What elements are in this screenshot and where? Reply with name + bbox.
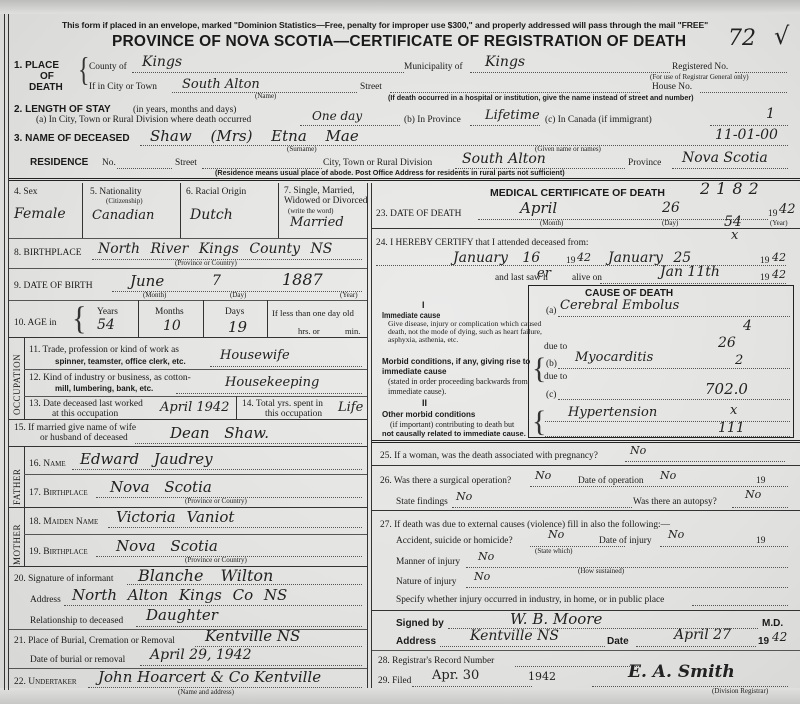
mail-notice: This form if placed in an envelope, mark… [62, 20, 708, 30]
nationality-label: 5. Nationality [90, 187, 142, 197]
lastworked-label-2: at this occupation [52, 409, 118, 419]
stay-note: (in years, months and days) [133, 105, 236, 115]
morbid-label: Morbid conditions, if any, giving rise t… [382, 357, 542, 377]
dod-month: April [520, 199, 557, 217]
stay-canada-line [710, 125, 788, 126]
stay-city-label: (a) In City, Town or Rural Division wher… [36, 115, 251, 125]
stay-city-value: One day [312, 109, 362, 123]
brace-icon: { [532, 405, 546, 439]
specify-label: Specify whether injury occurred in indus… [396, 595, 664, 605]
row-line [24, 534, 367, 535]
q25-answer: No [630, 444, 646, 457]
dod-month-note: (Month) [540, 219, 563, 227]
record-number-label: 28. Registrar's Record Number [378, 656, 494, 666]
row-line [9, 238, 367, 239]
left-border-inner [8, 14, 9, 690]
mother-name-label: 18. Maiden Name [29, 517, 98, 527]
days-label: Days [225, 307, 244, 317]
sex-value: Female [14, 206, 66, 222]
doctor-addr: Kentville NS [470, 628, 559, 644]
mother-side-label: MOTHER [12, 524, 22, 565]
other-cause-line-2 [545, 436, 790, 437]
filed-label: 29. Filed [378, 676, 411, 686]
cause-code-4: 702.0 [705, 380, 748, 398]
stay-province-value: Lifetime [485, 108, 540, 123]
father-name-line [72, 469, 362, 470]
manner-line [466, 567, 788, 568]
box-divider [236, 396, 237, 419]
occupation-side-label: OCCUPATION [12, 354, 22, 415]
months-value: 10 [163, 318, 181, 334]
row-line [9, 446, 367, 447]
stay-city-line [300, 125, 400, 126]
relationship-label: Relationship to deceased [30, 616, 123, 626]
row-line [372, 510, 800, 511]
city-label: If in City or Town [89, 82, 157, 92]
stay-canada-value: 1 [766, 106, 775, 122]
deceased-line [140, 145, 788, 146]
cause-b: Myocarditis [575, 350, 653, 365]
cause-code-1: 4 [743, 318, 752, 334]
alive-year: 42 [772, 268, 786, 281]
days-value: 19 [228, 318, 247, 336]
hospital-note: (If death occurred in a hospital or inst… [388, 93, 694, 102]
informant-addr: North Alton Kings Co NS [72, 586, 287, 604]
residence-province-line [672, 168, 788, 169]
parents-side-border [24, 446, 25, 566]
city-value: South Alton [182, 77, 260, 92]
marital-value: Married [290, 215, 344, 230]
cause-a-label: (a) [546, 306, 556, 316]
op-date: No [660, 469, 676, 482]
signed-value: W. B. Moore [510, 610, 602, 628]
nature-value: No [474, 570, 490, 583]
burialdate-value: April 29, 1942 [150, 647, 252, 663]
how-note: (How sustained) [578, 567, 624, 575]
spouse-label-2: or husband of deceased [40, 433, 128, 443]
father-bp: Nova Scotia [110, 478, 212, 496]
mother-name-line [108, 527, 362, 528]
filed-year: 1942 [528, 670, 556, 683]
informant-sig-line [127, 584, 362, 585]
county-line [132, 72, 404, 73]
attended-from: January 16 [453, 250, 540, 266]
registrar-note: (Division Registrar) [712, 687, 768, 695]
doctor-date: April 27 [674, 627, 731, 643]
nature-label: Nature of injury [396, 577, 456, 587]
residence-city-value: South Alton [462, 151, 546, 167]
row-line [9, 300, 367, 301]
year-note: (Year) [340, 291, 358, 299]
stay-province-label: (b) In Province [404, 115, 461, 125]
manner-label: Manner of injury [396, 557, 460, 567]
injury-date-line [660, 546, 788, 547]
doctor-date-line [636, 646, 756, 647]
medical-code: 2182 [700, 179, 765, 198]
state-which-note: (State which) [535, 547, 573, 555]
residence-province-value: Nova Scotia [682, 150, 768, 166]
hrs-label: hrs. or [298, 326, 320, 336]
doctor-addr-label: Address [396, 636, 436, 647]
other-cause: Hypertension [568, 405, 657, 420]
marital-label: 7. Single, Married, [284, 186, 355, 196]
injury-date-label: Date of injury [599, 536, 652, 546]
informant-sig-label: 20. Signature of informant [14, 574, 113, 584]
other-num: II [422, 398, 427, 408]
cause-a: Cerebral Embolus [560, 298, 679, 313]
totalyrs-label-2: this occupation [265, 409, 322, 419]
signed-label: Signed by [396, 618, 444, 629]
dob-year: 1887 [282, 270, 323, 289]
alive-label: alive on [572, 273, 602, 283]
brace-icon: { [72, 300, 86, 337]
q26-label: 26. Was there a surgical operation? [380, 476, 511, 486]
morbid-desc: (stated in order proceeding backwards fr… [388, 377, 528, 397]
dod-year: 42 [779, 202, 796, 217]
row-line [372, 465, 800, 466]
row-line [372, 650, 800, 651]
row-line [9, 629, 367, 630]
filed-value: Apr. 30 [432, 668, 479, 683]
birthplace-note: (Province or Country) [175, 259, 237, 267]
deceased-name: Shaw (Mrs) Etna Mae [150, 127, 359, 145]
dob-label: 9. DATE OF BIRTH [14, 281, 93, 291]
undertaker-value: John Hoarcert & Co Kentville [98, 668, 321, 686]
spouse-value: Dean Shaw. [170, 424, 269, 442]
box-divider [267, 300, 268, 337]
dod-year-prefix: 19 [768, 209, 777, 219]
father-name: Edward Jaudrey [80, 450, 213, 468]
burialdate-label: Date of burial or removal [30, 655, 125, 665]
record-number-line [515, 666, 640, 667]
municipality-line [470, 72, 670, 73]
medical-title: MEDICAL CERTIFICATE OF DEATH [490, 187, 665, 199]
informant-addr-label: Address [30, 595, 61, 605]
residence-no-label: No. [102, 158, 116, 168]
due-to-2: due to [544, 372, 567, 382]
q26-line [530, 486, 788, 487]
stay-label: 2. LENGTH OF STAY [14, 104, 111, 115]
op-year-prefix: 19 [756, 476, 765, 486]
other-cause-line [545, 421, 790, 422]
box-divider [82, 183, 83, 238]
check-mark-icon: √ [774, 22, 789, 50]
racial-label: 6. Racial Origin [186, 187, 246, 197]
immediate-num: I [422, 300, 425, 310]
other-desc-b: not causally related to immediate cause. [382, 429, 526, 438]
mother-bp: Nova Scotia [116, 537, 218, 555]
box-divider [203, 300, 204, 337]
accident-label: Accident, suicide or homicide? [396, 536, 513, 546]
section-divider [372, 440, 800, 443]
attended-line [376, 265, 786, 266]
injury-date: No [668, 528, 684, 541]
totalyrs-value: Life [338, 400, 363, 415]
dod-label: 23. DATE OF DEATH [376, 209, 461, 219]
other-label: Other morbid conditions [382, 410, 475, 419]
doctor-year: 42 [772, 630, 787, 644]
dod-day: 26 [662, 200, 680, 216]
box-divider [278, 183, 279, 238]
years-value: 54 [97, 317, 115, 333]
md-label: M.D. [762, 618, 783, 629]
trade-label-2: spinner, teamster, office clerk, etc. [55, 357, 186, 366]
certify-label: 24. I HEREBY CERTIFY that I attended dec… [376, 238, 589, 248]
scan-edge-top [0, 0, 800, 14]
racial-value: Dutch [190, 207, 233, 223]
q25-line [625, 461, 785, 462]
burial-label: 21. Place of Burial, Cremation or Remova… [14, 636, 175, 646]
stay-canada-label: (c) In Canada (if immigrant) [545, 115, 652, 125]
page-title: PROVINCE OF NOVA SCOTIA—CERTIFICATE OF R… [112, 33, 686, 51]
sex-label: 4. Sex [14, 187, 37, 197]
surname-note: (Surname) [287, 145, 317, 153]
cause-code-3: 2 [735, 353, 743, 368]
cause-c-line [558, 399, 790, 400]
box-divider [180, 183, 181, 238]
row-line [9, 337, 367, 338]
place-label-death: DEATH [29, 82, 63, 93]
deceased-code: 11-01-00 [715, 127, 778, 143]
day-note: (Day) [230, 291, 246, 299]
spouse-line [135, 443, 362, 444]
burial-value: Kentville NS [205, 627, 300, 645]
county-value: Kings [142, 54, 182, 70]
trade-value: Housewife [220, 348, 290, 363]
residence-street-label: Street [175, 158, 197, 168]
alive-line [600, 283, 786, 284]
mother-name: Victoria Vaniot [116, 508, 234, 526]
occupation-side-border [24, 337, 25, 419]
father-side-label: FATHER [12, 469, 22, 505]
registrar-note: (For use of Registrar General only) [650, 73, 749, 81]
months-label: Months [155, 307, 184, 317]
min-label: min. [345, 326, 360, 336]
dob-day: 7 [212, 273, 221, 289]
cause-code-6: 111 [718, 420, 745, 436]
dob-month: June [130, 272, 164, 290]
nationality-note: (Citizenship) [106, 197, 143, 205]
registered-no-label: Registered No. [672, 62, 728, 72]
accident-value: No [548, 528, 564, 541]
marital-label-2: Widowed or Divorced [284, 196, 367, 206]
industry-label-2: mill, lumbering, bank, etc. [55, 384, 153, 393]
trade-label: 11. Trade, profession or kind of work as [29, 345, 179, 355]
row-line [9, 419, 367, 420]
cause-b-line [558, 368, 790, 369]
q26-answer: No [535, 469, 551, 482]
findings-label: State findings [396, 497, 448, 507]
specify-line [692, 605, 788, 606]
death-certificate: This form if placed in an envelope, mark… [0, 0, 800, 704]
cause-a-line [558, 316, 790, 317]
residence-province-label: Province [628, 158, 661, 168]
alive-year-prefix: 19 [760, 273, 769, 283]
registrar-signature: E. A. Smith [628, 662, 735, 682]
autopsy-line [732, 507, 788, 508]
industry-value: Housekeeping [225, 375, 319, 390]
stay-province-line [470, 125, 540, 126]
trade-line [210, 366, 362, 367]
findings-line [452, 507, 632, 508]
nationality-value: Canadian [92, 208, 154, 223]
province-note: (Province or Country) [185, 497, 247, 505]
years-label: Years [97, 307, 118, 317]
nature-line [466, 587, 788, 588]
house-no-label: House No. [652, 82, 692, 92]
filed-line [412, 686, 532, 687]
cause-b-label: (b) [546, 359, 557, 369]
to-year: 42 [772, 251, 786, 264]
residence-city-label: City, Town or Rural Division [323, 158, 432, 168]
deceased-label: 3. NAME OF DECEASED [14, 133, 130, 144]
due-to-1: due to [544, 342, 567, 352]
industry-line [176, 393, 362, 394]
house-no-line [700, 92, 787, 93]
marital-note: (write the word) [288, 207, 333, 215]
corner-number: 72 [728, 26, 756, 51]
mother-bp-label: 19. Birthplace [29, 547, 88, 557]
father-name-label: 16. Name [29, 459, 66, 469]
industry-label: 12. Kind of industry or business, as cot… [29, 373, 191, 383]
residence-no-line [117, 168, 172, 169]
totalyrs-label: 14. Total yrs. spent in [242, 399, 323, 409]
street-label: Street [360, 82, 382, 92]
doctor-date-label: Date [607, 636, 629, 647]
name-note: (Name) [255, 92, 276, 100]
spouse-label: 15. If married give name of wife [14, 423, 136, 433]
municipality-value: Kings [485, 54, 525, 70]
residence-label: RESIDENCE [30, 157, 88, 168]
findings-value: No [456, 490, 472, 503]
county-label: County of [89, 62, 127, 72]
dod-year-note: (Year) [770, 219, 788, 227]
residence-note: (Residence means usual place of abode. P… [215, 168, 565, 177]
autopsy-value: No [745, 488, 761, 501]
q25-label: 25. If a woman, was the death associated… [380, 451, 598, 461]
informant-sig: Blanche Wilton [138, 566, 273, 585]
center-divider-2 [371, 183, 372, 688]
father-bp-label: 17. Birthplace [29, 488, 88, 498]
q27-label: 27. If death was due to external causes … [380, 520, 670, 530]
province-note-2: (Province or Country) [185, 556, 247, 564]
cause-code-2: 26 [718, 335, 736, 351]
municipality-label: Municipality of [404, 62, 463, 72]
cause-c-label: (c) [546, 390, 556, 400]
left-border [4, 14, 5, 690]
row-line [24, 396, 367, 397]
place-label-of: OF [40, 71, 54, 82]
brace-icon: { [78, 53, 90, 91]
alive-value: Jan 11th [660, 264, 720, 280]
age-label: 10. AGE in [14, 318, 56, 328]
margin-x: x [731, 228, 738, 243]
other-desc: (if important) contributing to death but [390, 420, 530, 429]
injury-year-prefix: 19 [756, 536, 765, 546]
section-divider [9, 178, 800, 181]
month-note: (Month) [143, 291, 166, 299]
doctor-year-prefix: 19 [758, 636, 769, 647]
box-divider [138, 300, 139, 337]
lastworked-label: 13. Date deceased last worked [29, 399, 143, 409]
lastsaw-pronoun: er [537, 266, 551, 281]
row-line [9, 268, 367, 269]
lastworked-value: April 1942 [160, 400, 229, 415]
undertaker-label: 22. Undertaker [14, 677, 77, 687]
center-divider [367, 183, 368, 688]
autopsy-label: Was there an autopsy? [633, 497, 717, 507]
relationship-value: Daughter [146, 606, 218, 624]
op-date-label: Date of operation [578, 476, 644, 486]
birthplace-value: North River Kings County NS [98, 241, 332, 257]
burialdate-line [140, 665, 362, 666]
birthplace-label: 8. BIRTHPLACE [14, 248, 82, 258]
from-year: 42 [577, 251, 591, 264]
row-line [24, 369, 367, 370]
undertaker-note: (Name and address) [178, 688, 234, 696]
cause-code-5: x [730, 403, 737, 418]
manner-value: No [478, 550, 494, 563]
row-line [24, 474, 367, 475]
doctor-addr-line [440, 646, 605, 647]
place-label: 1. PLACE [14, 60, 59, 71]
dod-day-note: (Day) [662, 219, 678, 227]
immediate-desc: Give disease, injury or complication whi… [388, 320, 548, 344]
scan-edge-bottom [0, 688, 800, 704]
lessday-label: If less than one day old [272, 308, 354, 318]
